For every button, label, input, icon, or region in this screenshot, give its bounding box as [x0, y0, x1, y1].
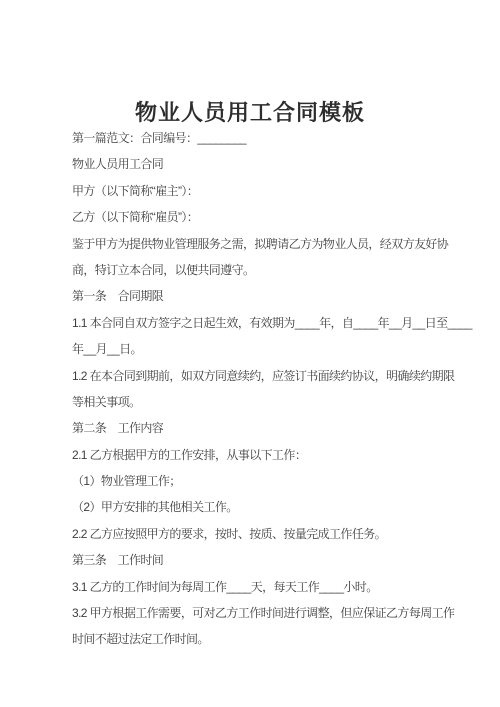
text-line-article-3-heading: 第三条 工作时间 — [72, 547, 472, 573]
text-line-clause-1-2b: 等相关事项。 — [72, 389, 472, 415]
document-body: 第一篇范文：合同编号：________ 物业人员用工合同 甲方（以下简称“雇主”… — [72, 125, 472, 653]
text-line-preamble-2: 商，特订立本合同，以便共同遵守。 — [72, 257, 472, 283]
text-line-clause-2-1-item-2: （2）甲方安排的其他相关工作。 — [72, 494, 472, 520]
text-line-clause-2-1: 2.1 乙方根据甲方的工作安排，从事以下工作： — [72, 442, 472, 468]
text-line-clause-1-1b: 年__月__日。 — [72, 336, 472, 362]
text-line-contract-number: 第一篇范文：合同编号：________ — [72, 125, 472, 151]
document-page: 物业人员用工合同模板 第一篇范文：合同编号：________ 物业人员用工合同 … — [0, 0, 500, 707]
document-title: 物业人员用工合同模板 — [0, 96, 500, 127]
text-line-party-b: 乙方（以下简称“雇员”）： — [72, 204, 472, 230]
text-line-article-2-heading: 第二条 工作内容 — [72, 415, 472, 441]
text-line-clause-2-1-item-1: （1）物业管理工作； — [72, 468, 472, 494]
text-line-clause-1-1a: 1.1 本合同自双方签字之日起生效，有效期为____年，自____年__月__日… — [72, 310, 472, 336]
text-line-clause-2-2: 2.2 乙方应按照甲方的要求，按时、按质、按量完成工作任务。 — [72, 521, 472, 547]
text-line-clause-3-1: 3.1 乙方的工作时间为每周工作____天，每天工作____小时。 — [72, 574, 472, 600]
text-line-preamble-1: 鉴于甲方为提供物业管理服务之需，拟聘请乙方为物业人员，经双方友好协 — [72, 231, 472, 257]
text-line-clause-3-2b: 时间不超过法定工作时间。 — [72, 626, 472, 652]
text-line-clause-3-2a: 3.2 甲方根据工作需要，可对乙方工作时间进行调整，但应保证乙方每周工作 — [72, 600, 472, 626]
text-line-party-a: 甲方（以下简称“雇主”）： — [72, 178, 472, 204]
text-line-subtitle: 物业人员用工合同 — [72, 151, 472, 177]
text-line-article-1-heading: 第一条 合同期限 — [72, 283, 472, 309]
text-line-clause-1-2a: 1.2 在本合同到期前，如双方同意续约，应签订书面续约协议，明确续约期限 — [72, 363, 472, 389]
